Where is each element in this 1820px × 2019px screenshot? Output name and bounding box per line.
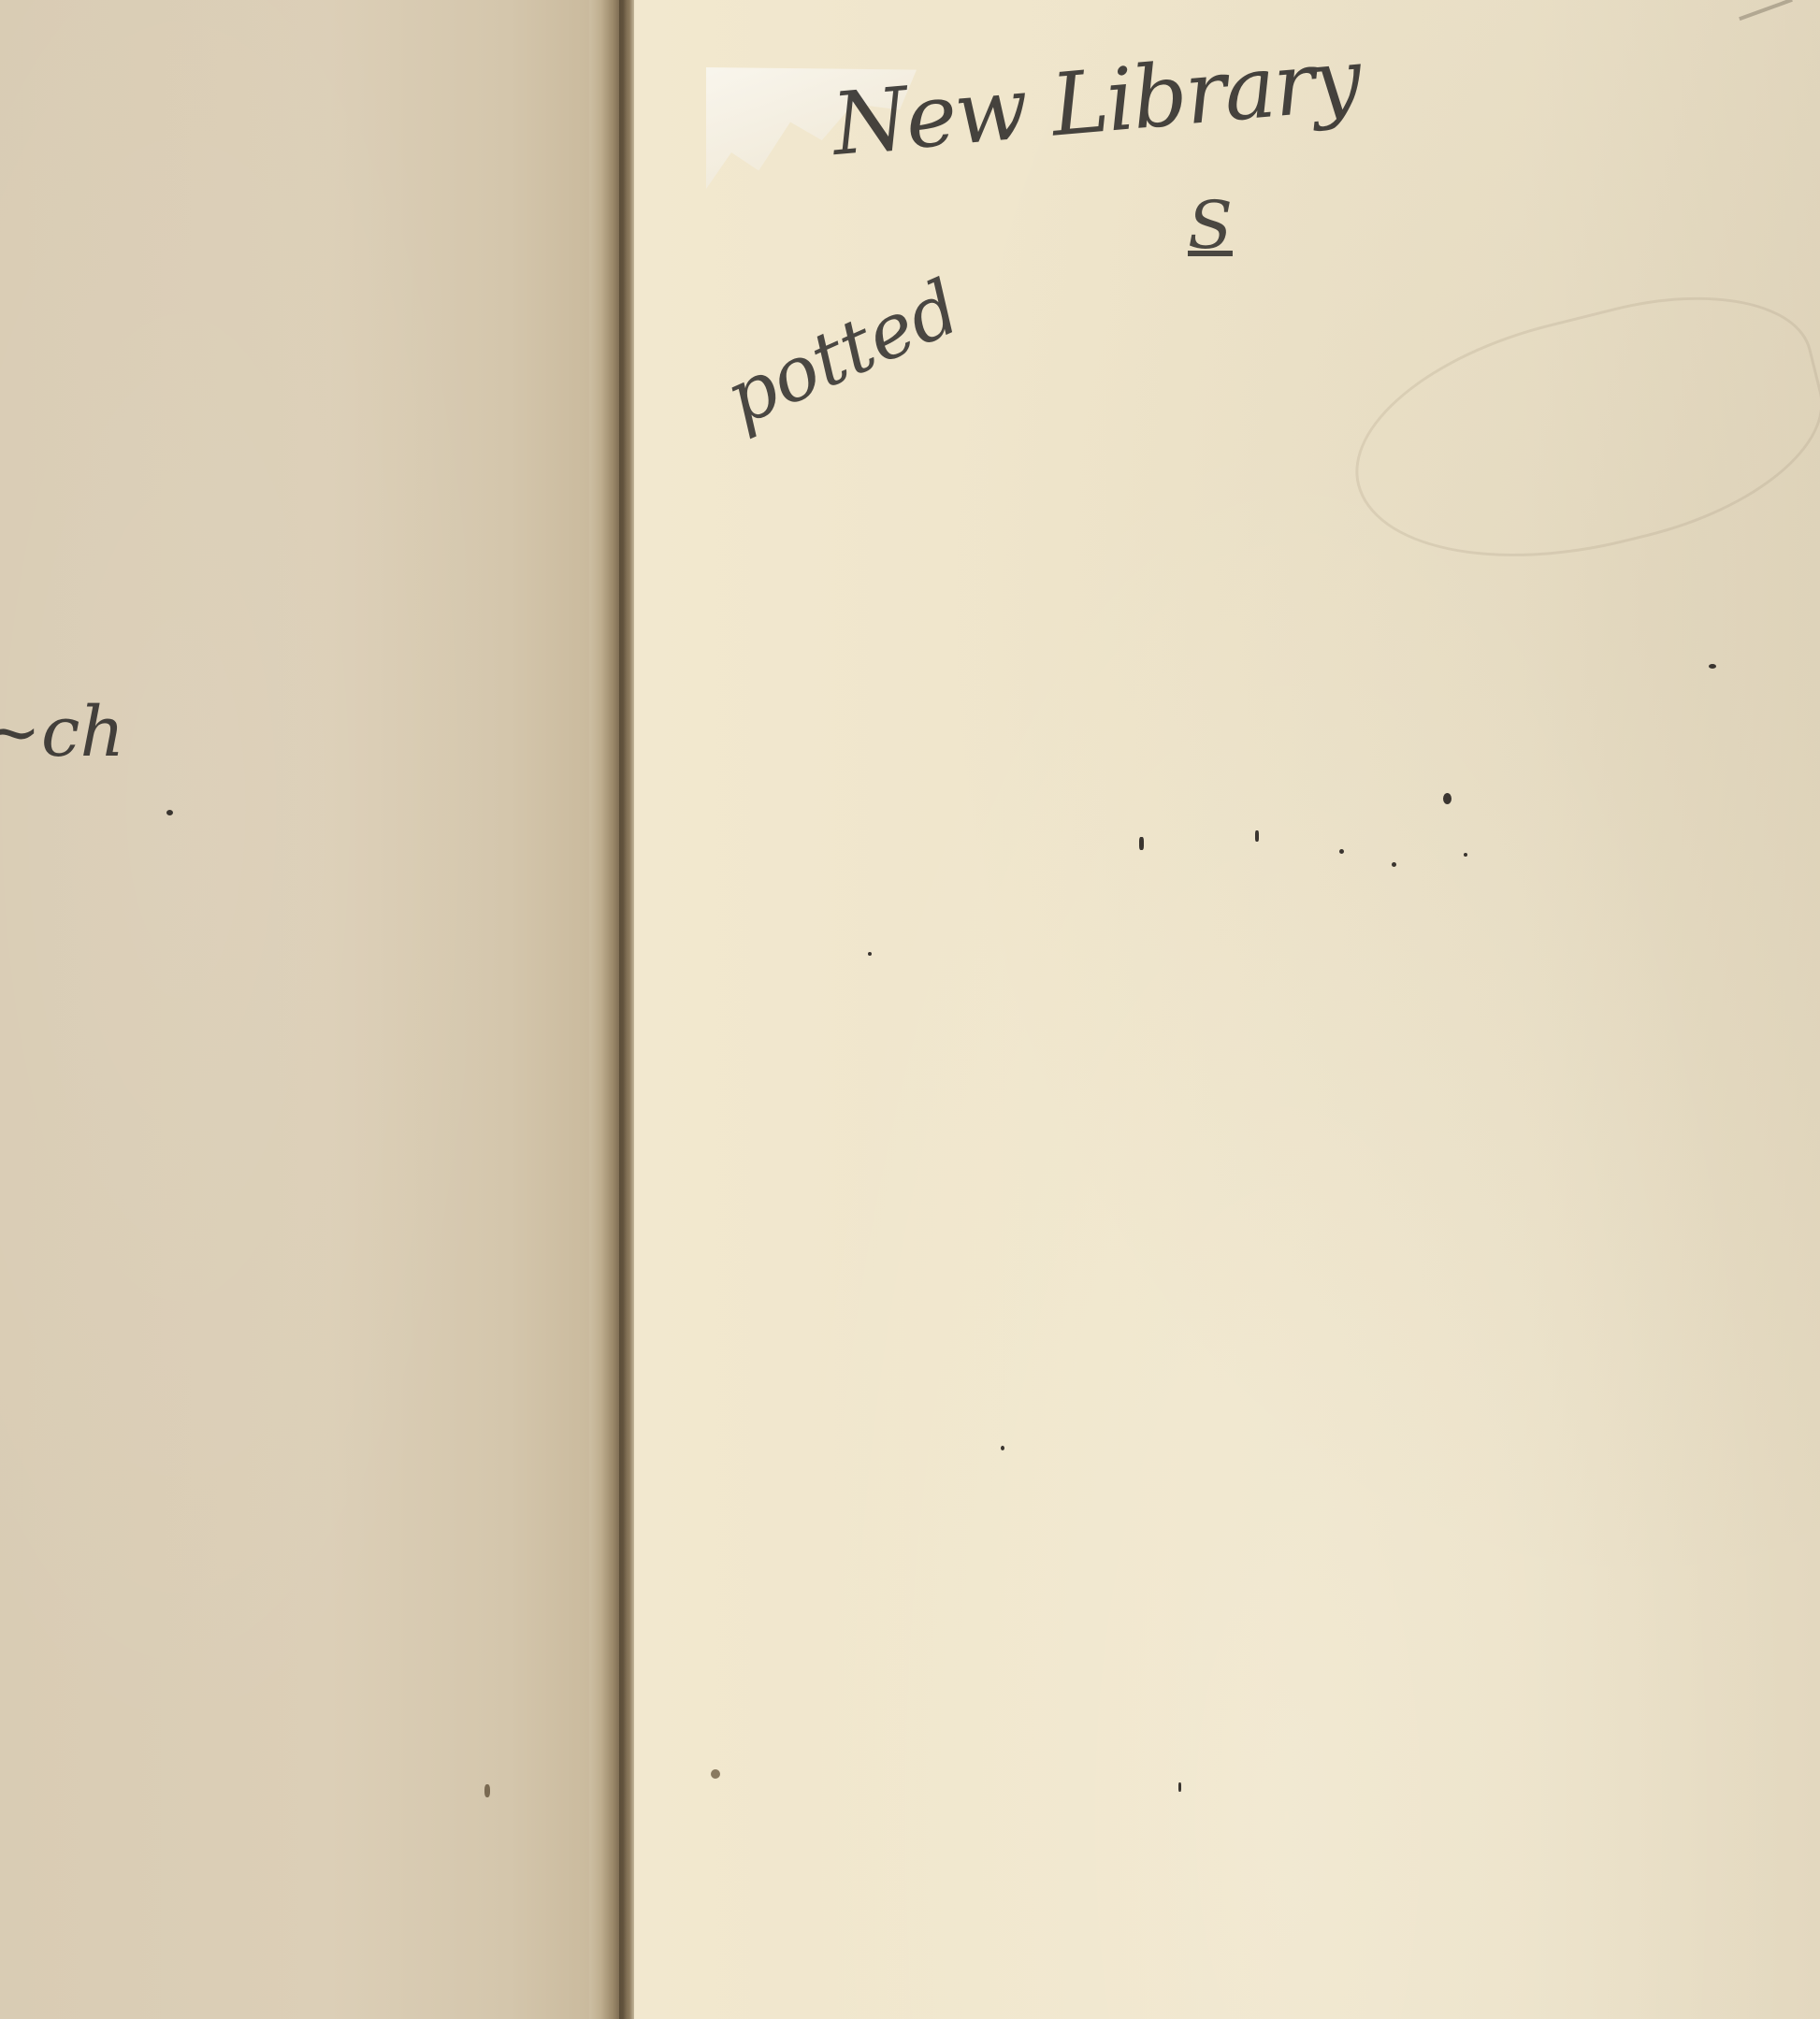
ink-speck: [1464, 853, 1467, 857]
ink-speck: [1339, 849, 1344, 854]
gutter-shadow: [619, 0, 627, 2019]
ink-speck: [1178, 1782, 1181, 1792]
ink-speck: [484, 1784, 490, 1797]
ink-speck: [166, 810, 173, 815]
ink-speck: [1709, 664, 1716, 669]
left-page-handwriting-fragment: ~ch: [0, 692, 124, 772]
book-gutter: [589, 0, 636, 2019]
left-page: ~ch: [0, 0, 599, 2019]
ink-speck: [868, 952, 872, 956]
open-book-photo: ~ch New Library S potted: [0, 0, 1820, 2019]
ink-speck: [1443, 793, 1452, 804]
ink-speck: [1255, 830, 1259, 842]
ink-speck: [1139, 837, 1144, 850]
handwriting-underlined-mark: S: [1188, 187, 1233, 264]
ink-speck: [1001, 1446, 1004, 1450]
ink-speck: [1392, 862, 1396, 867]
ink-speck: [711, 1769, 720, 1779]
